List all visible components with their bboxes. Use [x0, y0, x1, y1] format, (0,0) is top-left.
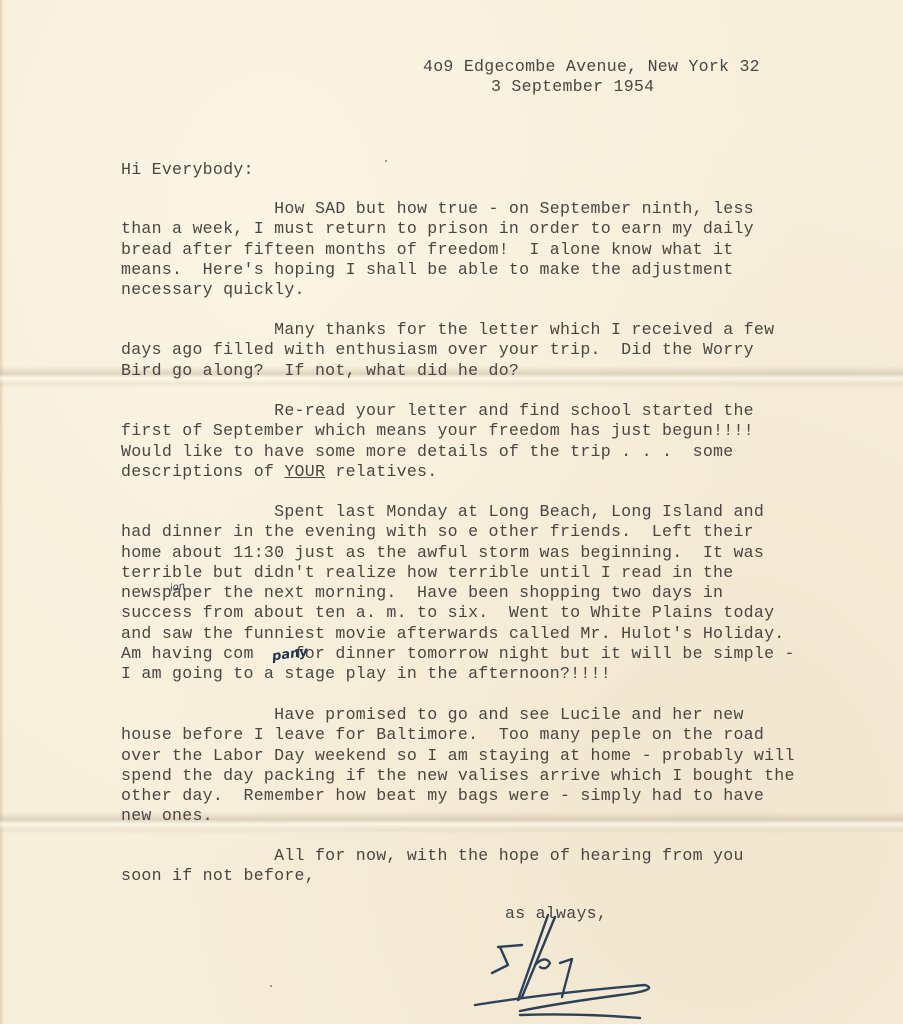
text-line: days ago filled with enthusiasm over you…: [121, 340, 774, 360]
paper-speck: [385, 160, 387, 162]
text-line: I am going to a stage play in the aftern…: [121, 664, 795, 684]
paragraph: Spent last Monday at Long Beach, Long Is…: [121, 502, 795, 685]
text-line: home about 11:30 just as the awful storm…: [121, 543, 795, 563]
text-line: bread after fifteen months of freedom! I…: [121, 240, 754, 260]
paragraph: Have promised to go and see Lucile and h…: [121, 705, 795, 827]
paragraph: Many thanks for the letter which I recei…: [121, 320, 774, 381]
letter-page: 4o9 Edgecombe Avenue, New York 32 3 Sept…: [0, 0, 903, 1024]
text-line: than a week, I must return to prison in …: [121, 219, 754, 239]
text-line: Bird go along? If not, what did he do?: [121, 361, 774, 381]
text-line: newspaper the next morning. Have been sh…: [121, 583, 795, 603]
paragraph: All for now, with the hope of hearing fr…: [121, 846, 744, 887]
text-line: Re-read your letter and find school star…: [121, 401, 754, 421]
text-line: had dinner in the evening with so e othe…: [121, 522, 795, 542]
text-line: All for now, with the hope of hearing fr…: [121, 846, 744, 866]
text-line: necessary quickly.: [121, 280, 754, 300]
paragraph: How SAD but how true - on September nint…: [121, 199, 754, 300]
text-line: means. Here's hoping I shall be able to …: [121, 260, 754, 280]
text-line: house before I leave for Baltimore. Too …: [121, 725, 795, 745]
sender-address: 4o9 Edgecombe Avenue, New York 32: [423, 57, 760, 77]
text-line: first of September which means your free…: [121, 421, 754, 441]
text-line: Am having com for dinner tomorrow night …: [121, 644, 795, 664]
text-line: success from about ten a. m. to six. Wen…: [121, 603, 795, 623]
text-line: Would like to have some more details of …: [121, 442, 754, 462]
text-line: terrible but didn't realize how terrible…: [121, 563, 795, 583]
text-line: Spent last Monday at Long Beach, Long Is…: [121, 502, 795, 522]
text-line: spend the day packing if the new valises…: [121, 766, 795, 786]
text-line: other day. Remember how beat my bags wer…: [121, 786, 795, 806]
text-line: and saw the funniest movie afterwards ca…: [121, 624, 795, 644]
text-line: Have promised to go and see Lucile and h…: [121, 705, 795, 725]
text-line: new ones.: [121, 806, 795, 826]
paragraph: Re-read your letter and find school star…: [121, 401, 754, 482]
underlined-word: YOUR: [284, 462, 325, 481]
signature: [460, 895, 660, 1024]
text-line: How SAD but how true - on September nint…: [121, 199, 754, 219]
paper-speck: [270, 985, 272, 987]
paper-edge: [0, 0, 4, 1024]
text-line: Many thanks for the letter which I recei…: [121, 320, 774, 340]
letter-date: 3 September 1954: [491, 77, 654, 97]
text-line-underlined: descriptions of YOUR relatives.: [121, 462, 754, 482]
salutation: Hi Everybody:: [121, 160, 254, 180]
text-line: soon if not before,: [121, 866, 744, 886]
text-line: over the Labor Day weekend so I am stayi…: [121, 746, 795, 766]
